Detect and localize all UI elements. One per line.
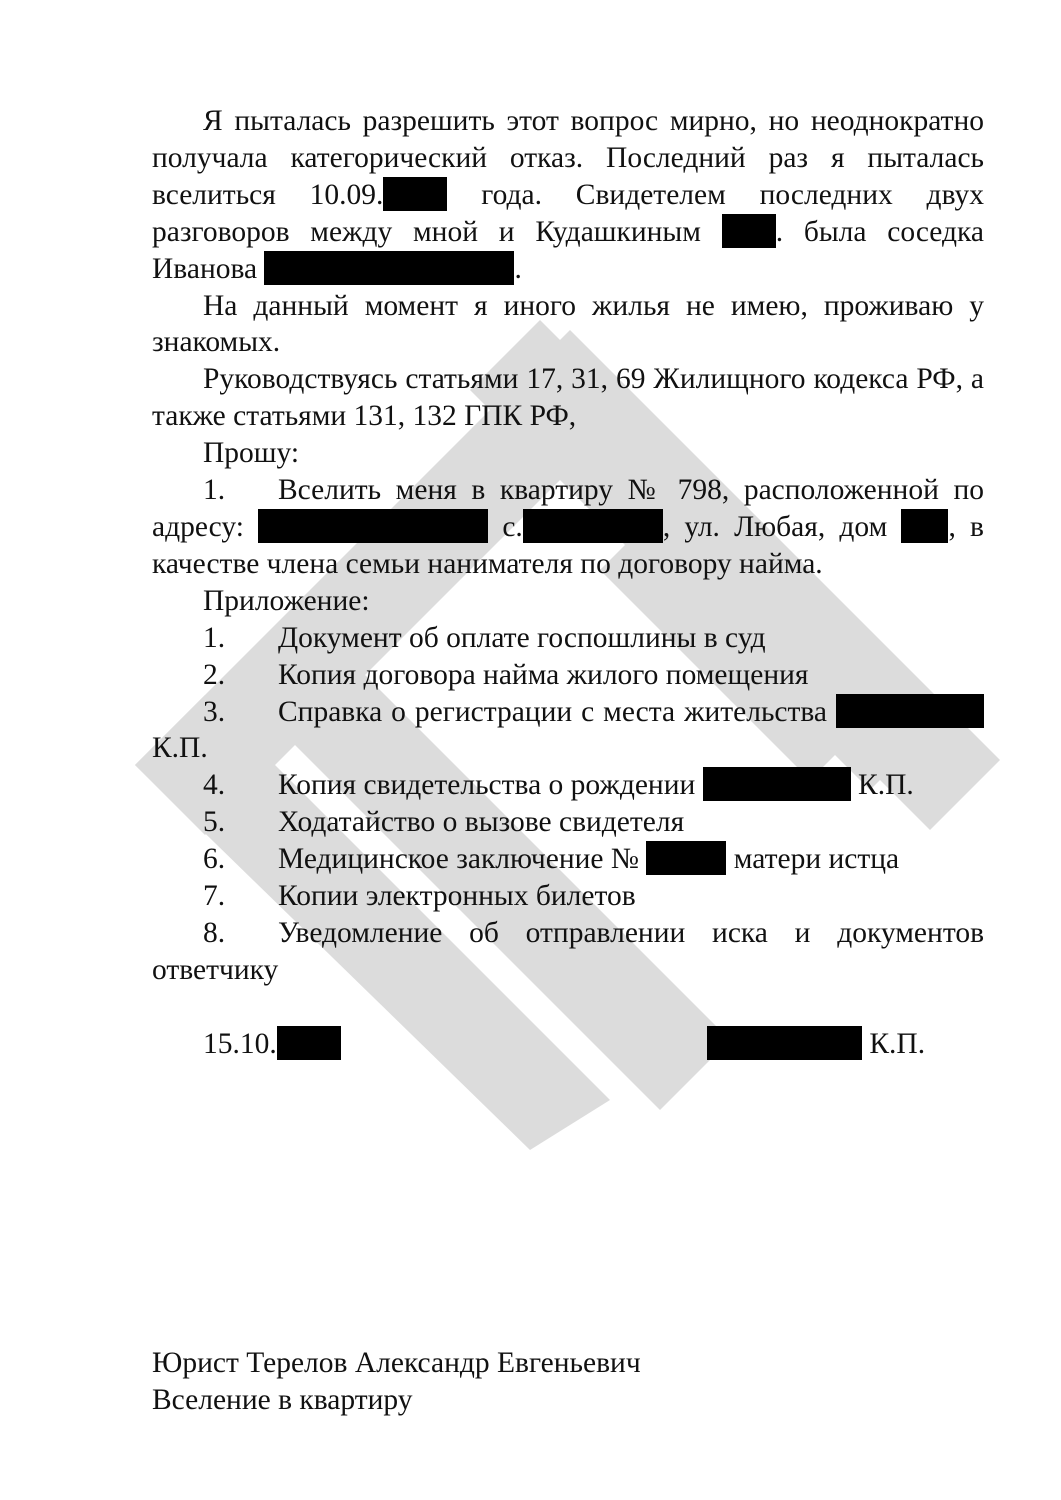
document-body: Я пыталась разрешить этот вопрос мирно, … <box>152 103 984 1063</box>
redaction-block <box>703 767 851 801</box>
request-heading: Прошу: <box>152 435 984 472</box>
signature-date: 15.10. <box>203 1026 341 1063</box>
redaction-block <box>901 509 948 543</box>
redaction-block <box>523 509 663 543</box>
attachment-item: 7.Копии электронных билетов <box>152 878 984 915</box>
paragraph-legal-basis: Руководствуясь статьями 17, 31, 69 Жилищ… <box>152 361 984 435</box>
attachments-heading: Приложение: <box>152 583 984 620</box>
redaction-block <box>383 177 447 211</box>
attachment-item: 2.Копия договора найма жилого помещения <box>152 657 984 694</box>
attachment-item: 4.Копия свидетельства о рождении К.П. <box>152 767 984 804</box>
attachment-item: 5.Ходатайство о вызове свидетеля <box>152 804 984 841</box>
redaction-block <box>264 251 514 285</box>
footer-subject: Вселение в квартиру <box>152 1382 641 1419</box>
request-item: 1.Вселить меня в квартиру № 798, располо… <box>152 472 984 583</box>
redaction-block <box>836 694 984 728</box>
signature-name: К.П. <box>707 1026 925 1063</box>
redaction-block <box>722 214 776 248</box>
footer-author: Юрист Терелов Александр Евгеньевич <box>152 1345 641 1382</box>
document-footer: Юрист Терелов Александр Евгеньевич Вселе… <box>152 1345 641 1419</box>
paragraph-housing: На данный момент я иного жилья не имею, … <box>152 288 984 362</box>
signature-line: 15.10. К.П. <box>152 1026 984 1063</box>
paragraph-attempt: Я пыталась разрешить этот вопрос мирно, … <box>152 103 984 288</box>
attachment-item: 1.Документ об оплате госпошлины в суд <box>152 620 984 657</box>
redaction-block <box>277 1026 341 1060</box>
attachment-item: 6.Медицинское заключение № матери истца <box>152 841 984 878</box>
attachment-item: 3.Справка о регистрации с места жительст… <box>152 694 984 768</box>
redaction-block <box>707 1026 862 1060</box>
attachment-item: 8.Уведомление об отправлении иска и доку… <box>152 915 984 989</box>
redaction-block <box>258 509 488 543</box>
redaction-block <box>646 841 726 875</box>
